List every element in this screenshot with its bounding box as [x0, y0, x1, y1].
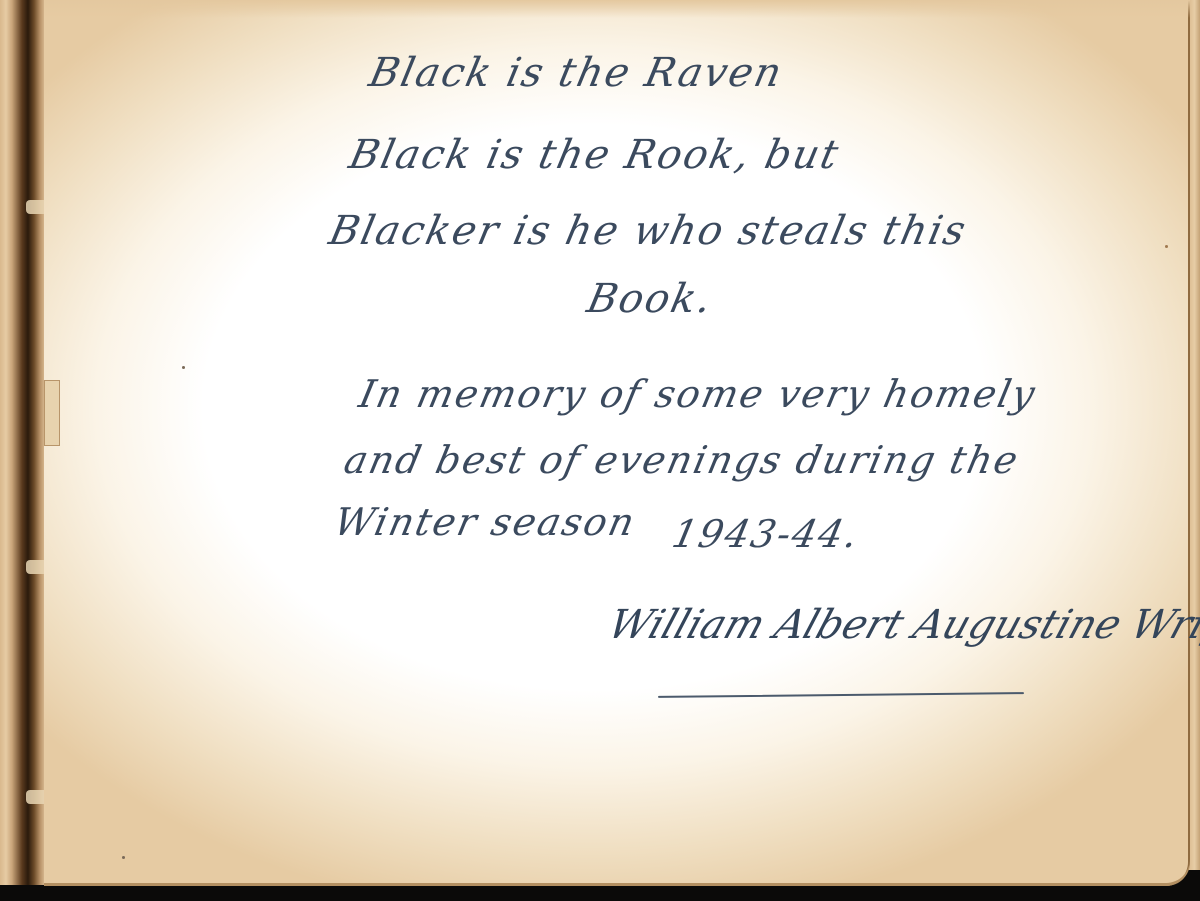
table-shadow	[0, 886, 1200, 901]
signature: William Albert Augustine Wright.	[603, 602, 1200, 648]
poem-line: Black is the Raven	[365, 50, 787, 96]
album-photo: Black is the Raven Black is the Rook, bu…	[0, 0, 1200, 901]
page-stain	[44, 0, 1190, 18]
poem-line: Black is the Rook, but	[345, 132, 844, 178]
paper-speck	[122, 856, 125, 859]
poem-line: Blacker is he who steals this	[325, 208, 971, 254]
dedication-date: 1943-44.	[668, 512, 863, 556]
paper-speck	[1165, 245, 1168, 248]
paper-speck	[182, 366, 185, 369]
dedication-season: Winter season	[330, 500, 640, 544]
poem-line: Book.	[583, 276, 717, 322]
dedication-line: and best of evenings during the	[340, 438, 1023, 482]
binding-tab	[44, 380, 60, 446]
dedication-line: Winter season1943-44.	[330, 500, 866, 544]
dedication-line: In memory of some very homely	[355, 372, 1040, 416]
